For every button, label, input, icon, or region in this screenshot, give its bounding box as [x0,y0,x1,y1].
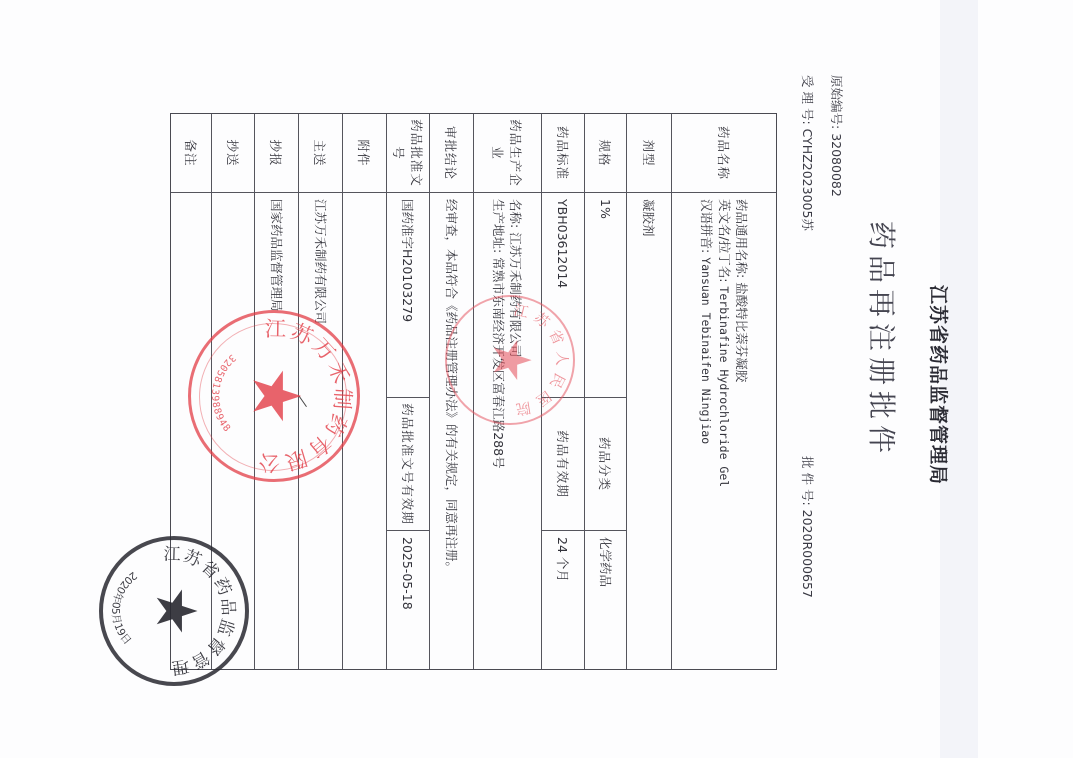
report-to-value: 国家药品监督管理局 [254,193,298,669]
manufacturer-label: 药品生产企业 [473,114,541,193]
approval-doc-label: 药品批准文号 [386,114,429,193]
category-value: 化学药品 [584,531,626,669]
remarks-value [171,193,211,669]
validity-label: 药品有效期 [541,398,584,531]
dosage-form-label: 剂型 [626,114,671,193]
document-title: 药品再注册批件 [863,190,903,490]
approval-number-value: 2020R000657 [800,510,815,598]
conclusion-label: 审批结论 [429,114,473,193]
approval-table: 药品名称 药品通用名称: 盐酸特比萘芬凝胶 英文名/拉丁名: Terbinafi… [170,113,777,670]
document-page: 江苏省药品监督管理局 药品再注册批件 原始编号: 32080082 受 理 号:… [0,0,1073,758]
english-name-line: 英文名/拉丁名: Terbinafine Hydrochloride Gel [716,199,734,669]
drug-name-label: 药品名称 [671,114,776,193]
manufacturer-cell: 名称: 江苏万禾制药有限公司 生产地址: 常熟市东南经济开发区富春江路288号 [473,193,541,669]
manufacturer-address-label: 生产地址: [492,199,507,253]
manufacturer-name-value: 江苏万禾制药有限公司 [509,232,524,357]
generic-name-line: 药品通用名称: 盐酸特比萘芬凝胶 [734,199,751,669]
approval-number: 批 件 号: 2020R000657 [799,456,817,598]
original-number-value: 32080082 [829,133,844,197]
manufacturer-address-line: 生产地址: 常熟市东南经济开发区富春江路288号 [491,199,508,669]
drug-name-cell: 药品通用名称: 盐酸特比萘芬凝胶 英文名/拉丁名: Terbinafine Hy… [671,193,776,669]
report-to-label: 抄报 [254,114,298,193]
original-number-label: 原始编号: [829,75,844,129]
manufacturer-address-value: 常熟市东南经济开发区富春江路288号 [492,257,507,468]
approval-expiry-value: 2025-05-18 [386,531,429,669]
original-number: 原始编号: 32080082 [828,75,846,197]
copy-to-label: 抄送 [211,114,254,193]
manufacturer-name-label: 名称: [509,199,524,228]
acceptance-number: 受 理 号: CYHZ2023005苏 [799,75,817,231]
validity-value: 24 个月 [541,531,584,669]
spec-label: 规格 [584,114,626,193]
generic-name-label: 药品通用名称: [735,199,750,278]
acceptance-number-label: 受 理 号: [800,75,815,125]
conclusion-value: 经审查，本品符合《药品注册管理办法》的有关规定，同意再注册。 [429,193,473,669]
attachment-value [342,193,386,669]
copy-to-value [211,193,254,669]
spec-value: 1% [584,193,626,398]
svg-text:2020年05月19日: 2020年05月19日 [109,569,139,647]
dosage-form-value: 凝胶剂 [626,193,671,669]
remarks-label: 备注 [171,114,211,193]
approval-expiry-label: 药品批准文号有效期 [386,398,429,531]
standard-value: YBH03612014 [541,193,584,398]
scanned-document: 江苏省药品监督管理局 药品再注册批件 原始编号: 32080082 受 理 号:… [0,0,1073,758]
english-name-value: Terbinafine Hydrochloride Gel [718,286,732,487]
approval-number-label: 批 件 号: [800,456,815,506]
generic-name-value: 盐酸特比萘芬凝胶 [735,282,750,382]
standard-label: 药品标准 [541,114,584,193]
category-label: 药品分类 [584,398,626,531]
main-recipient-value: 江苏万禾制药有限公司 [298,193,342,669]
pinyin-name-value: Yansuan Tebinaifen Ningjiao [700,257,714,444]
manufacturer-name-line: 名称: 江苏万禾制药有限公司 [508,199,525,669]
agency-name: 江苏省药品监督管理局 [926,240,953,530]
english-name-label: 英文名/拉丁名: [718,199,733,282]
pinyin-name-label: 汉语拼音: [700,199,715,253]
acceptance-number-value: CYHZ2023005苏 [800,129,815,231]
main-recipient-label: 主送 [298,114,342,193]
pinyin-name-line: 汉语拼音: Yansuan Tebinaifen Ningjiao [698,199,716,669]
approval-doc-value: 国药准字H20103279 [386,193,429,398]
attachment-label: 附件 [342,114,386,193]
